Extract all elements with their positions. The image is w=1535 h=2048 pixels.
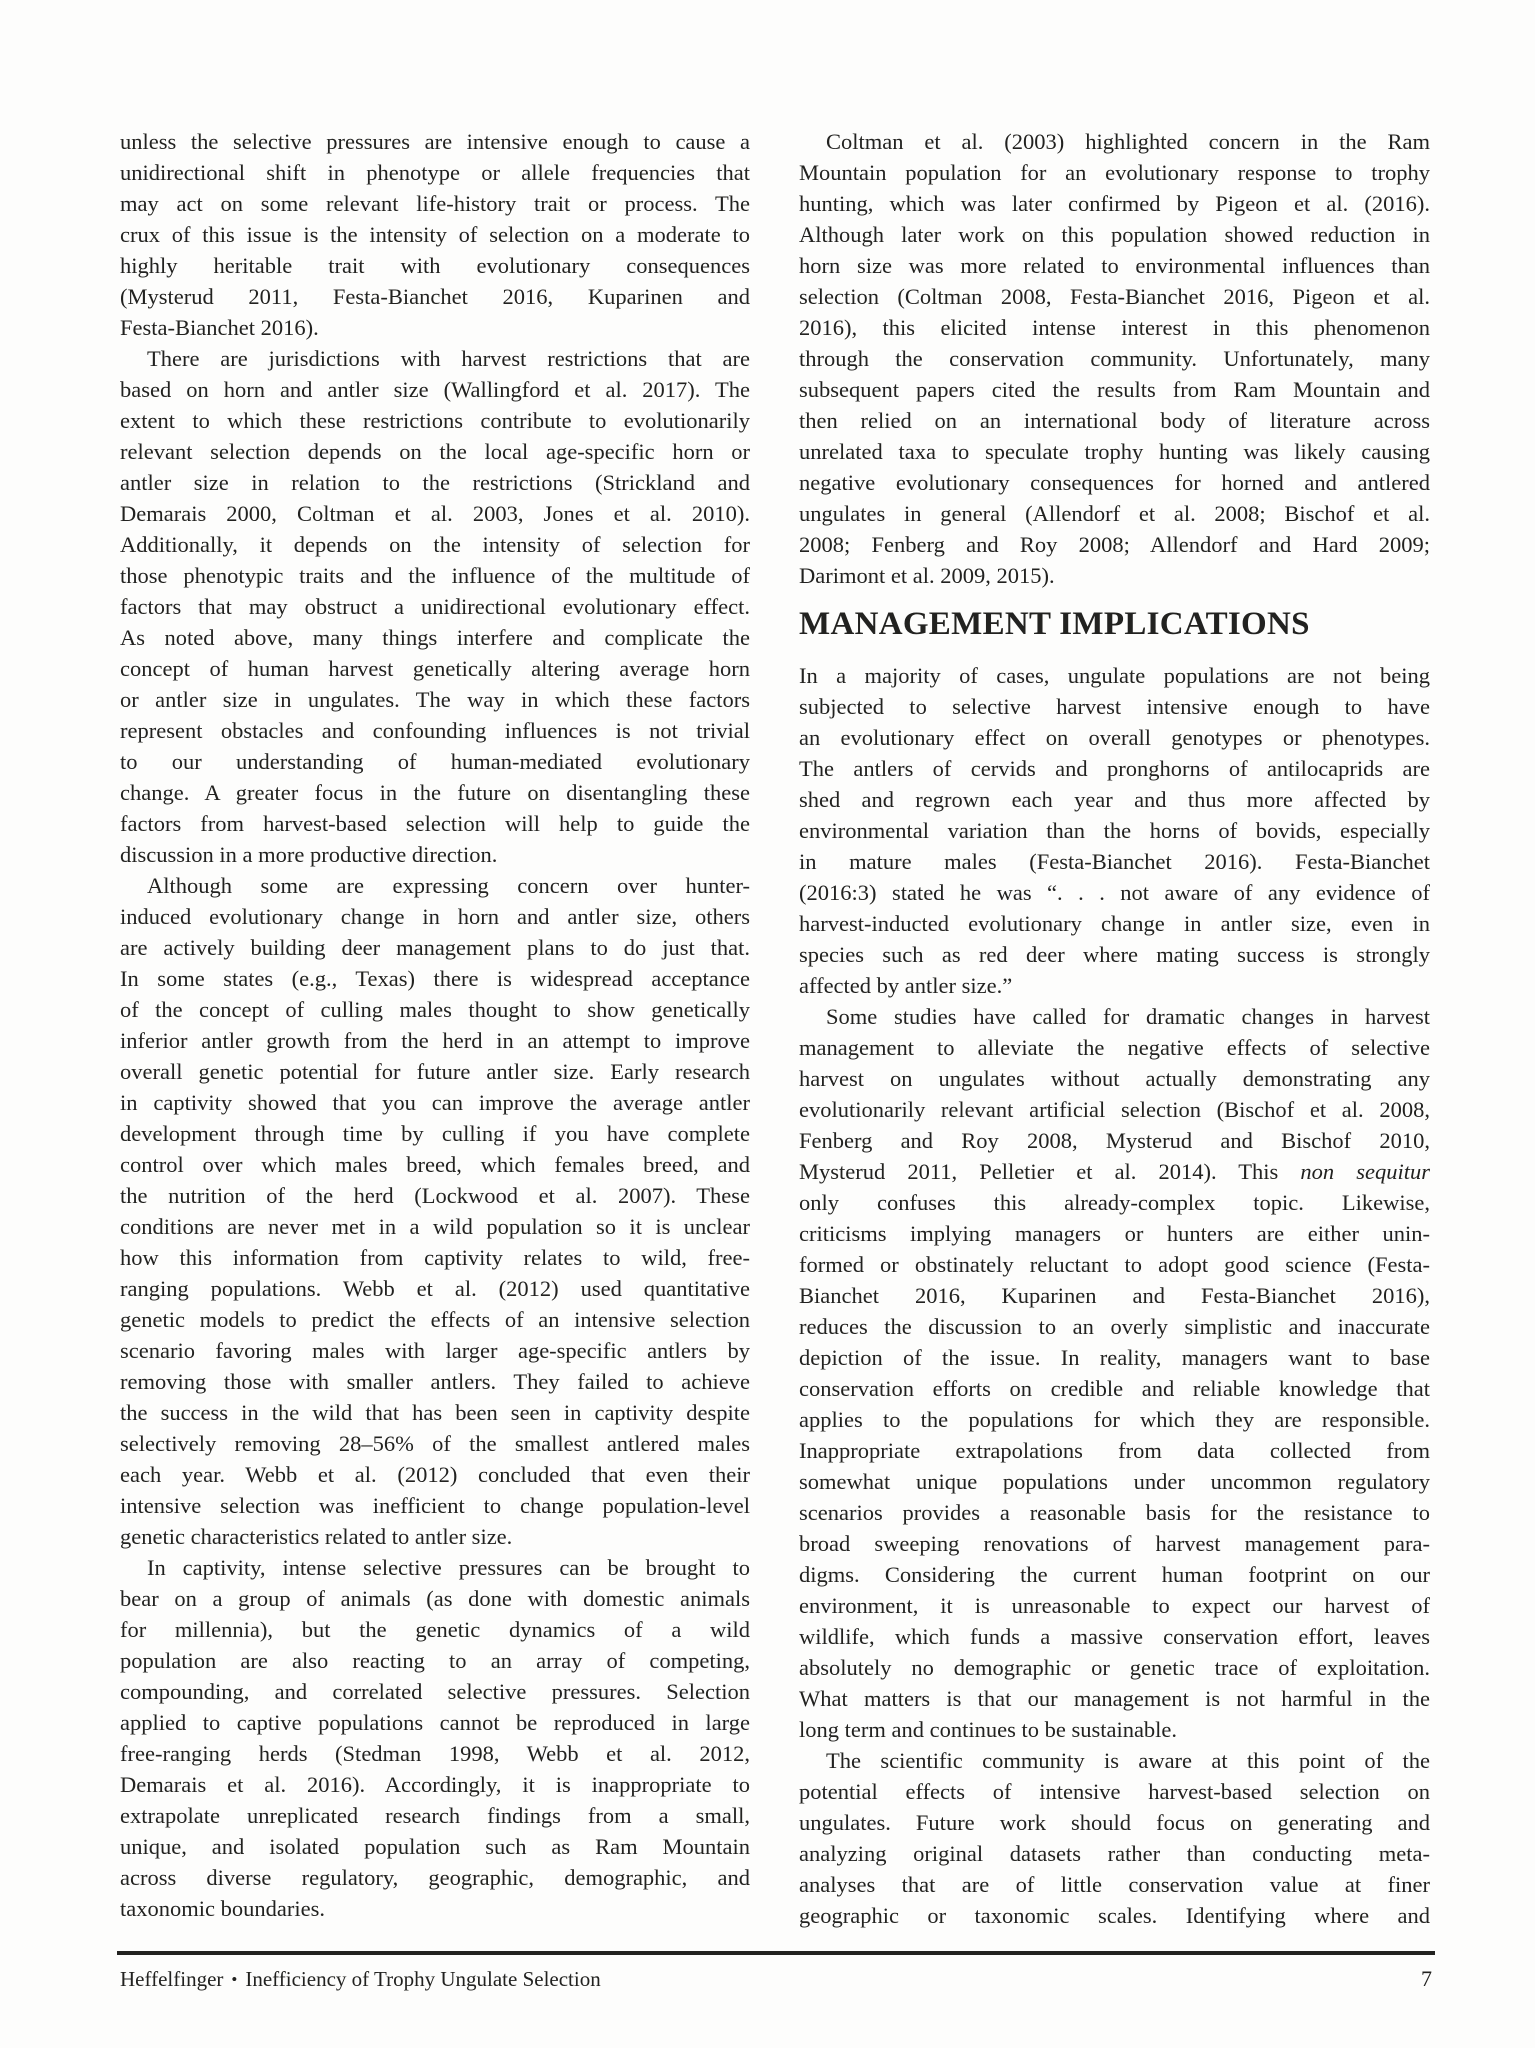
text-line: depiction of the issue. In reality, mana…: [799, 1342, 1430, 1373]
text-line: unique, and isolated population such as …: [120, 1831, 750, 1862]
text-line: in mature males (Festa-Bianchet 2016). F…: [799, 846, 1430, 877]
text-line: in captivity showed that you can improve…: [120, 1087, 750, 1118]
text-line: applied to captive populations cannot be…: [120, 1707, 750, 1738]
paragraph: Some studies have called for dramatic ch…: [799, 1001, 1430, 1745]
text-line: induced evolutionary change in horn and …: [120, 901, 750, 932]
text-line: Additionally, it depends on the intensit…: [120, 529, 750, 560]
text-line: based on horn and antler size (Wallingfo…: [120, 374, 750, 405]
bullet-separator: •: [231, 1970, 237, 1989]
text-line: or antler size in ungulates. The way in …: [120, 684, 750, 715]
text-line: ranging populations. Webb et al. (2012) …: [120, 1273, 750, 1304]
text-line: change. A greater focus in the future on…: [120, 777, 750, 808]
text-line: analyzing original datasets rather than …: [799, 1838, 1430, 1869]
text-line: control over which males breed, which fe…: [120, 1149, 750, 1180]
text-line: What matters is that our management is n…: [799, 1683, 1430, 1714]
footer-author: Heffelfinger: [120, 1967, 223, 1991]
text-line: 2016), this elicited intense interest in…: [799, 312, 1430, 343]
text-line: somewhat unique populations under uncomm…: [799, 1466, 1430, 1497]
text-line: geographic or taxonomic scales. Identify…: [799, 1900, 1430, 1931]
text-line: Although later work on this population s…: [799, 219, 1430, 250]
text-line: reduces the discussion to an overly simp…: [799, 1311, 1430, 1342]
text-line: negative evolutionary consequences for h…: [799, 467, 1430, 498]
text-line: broad sweeping renovations of harvest ma…: [799, 1528, 1430, 1559]
text-line: wildlife, which funds a massive conserva…: [799, 1621, 1430, 1652]
text-line: factors from harvest-based selection wil…: [120, 808, 750, 839]
text-line: unidirectional shift in phenotype or all…: [120, 157, 750, 188]
text-line: then relied on an international body of …: [799, 405, 1430, 436]
text-line: analyses that are of little conservation…: [799, 1869, 1430, 1900]
text-line: factors that may obstruct a unidirection…: [120, 591, 750, 622]
text-line: for millennia), but the genetic dynamics…: [120, 1614, 750, 1645]
text-line: The scientific community is aware at thi…: [799, 1745, 1430, 1776]
text-line: ungulates in general (Allendorf et al. 2…: [799, 498, 1430, 529]
text-line: In some states (e.g., Texas) there is wi…: [120, 963, 750, 994]
text-line: extent to which these restrictions contr…: [120, 405, 750, 436]
page-number: 7: [1421, 1964, 1432, 1994]
text-line: concept of human harvest genetically alt…: [120, 653, 750, 684]
text-line: genetic characteristics related to antle…: [120, 1521, 750, 1552]
left-column: unless the selective pressures are inten…: [120, 126, 750, 1924]
paragraph: In captivity, intense selective pressure…: [120, 1552, 750, 1924]
text-line: Darimont et al. 2009, 2015).: [799, 560, 1430, 591]
text-segment: Mysterud 2011, Pelletier et al. 2014). T…: [799, 1159, 1300, 1184]
text-line: represent obstacles and confounding infl…: [120, 715, 750, 746]
text-line: formed or obstinately reluctant to adopt…: [799, 1249, 1430, 1280]
text-line: removing those with smaller antlers. The…: [120, 1366, 750, 1397]
text-line: selection (Coltman 2008, Festa-Bianchet …: [799, 281, 1430, 312]
text-line: affected by antler size.”: [799, 970, 1430, 1001]
text-line: extrapolate unreplicated research findin…: [120, 1800, 750, 1831]
text-line: inferior antler growth from the herd in …: [120, 1025, 750, 1056]
footer-rule: [117, 1951, 1435, 1955]
text-line: scenarios provides a reasonable basis fo…: [799, 1497, 1430, 1528]
text-line: In a majority of cases, ungulate populat…: [799, 660, 1430, 691]
text-line: development through time by culling if y…: [120, 1118, 750, 1149]
text-line: across diverse regulatory, geographic, d…: [120, 1862, 750, 1893]
text-line: environmental variation than the horns o…: [799, 815, 1430, 846]
text-line: crux of this issue is the intensity of s…: [120, 219, 750, 250]
text-line: evolutionarily relevant artificial selec…: [799, 1094, 1430, 1125]
text-line: may act on some relevant life-history tr…: [120, 188, 750, 219]
text-line: Festa-Bianchet 2016).: [120, 312, 750, 343]
italic-phrase: non sequitur: [1300, 1159, 1430, 1184]
text-line: relevant selection depends on the local …: [120, 436, 750, 467]
text-line: long term and continues to be sustainabl…: [799, 1714, 1430, 1745]
paragraph: Although some are expressing concern ove…: [120, 870, 750, 1552]
text-line: unless the selective pressures are inten…: [120, 126, 750, 157]
text-line: an evolutionary effect on overall genoty…: [799, 722, 1430, 753]
text-line: harvest-inducted evolutionary change in …: [799, 908, 1430, 939]
text-line: through the conservation community. Unfo…: [799, 343, 1430, 374]
text-line: (Mysterud 2011, Festa-Bianchet 2016, Kup…: [120, 281, 750, 312]
text-line: shed and regrown each year and thus more…: [799, 784, 1430, 815]
text-line: Inappropriate extrapolations from data c…: [799, 1435, 1430, 1466]
text-line: intensive selection was inefficient to c…: [120, 1490, 750, 1521]
text-line: free-ranging herds (Stedman 1998, Webb e…: [120, 1738, 750, 1769]
section-heading: MANAGEMENT IMPLICATIONS: [799, 603, 1430, 645]
text-line: discussion in a more productive directio…: [120, 839, 750, 870]
text-line: There are jurisdictions with harvest res…: [120, 343, 750, 374]
text-line: the success in the wild that has been se…: [120, 1397, 750, 1428]
text-line: environment, it is unreasonable to expec…: [799, 1590, 1430, 1621]
journal-page: unless the selective pressures are inten…: [0, 0, 1535, 2048]
paragraph: In a majority of cases, ungulate populat…: [799, 660, 1430, 1001]
text-line: scenario favoring males with larger age-…: [120, 1335, 750, 1366]
page-footer: Heffelfinger•Inefficiency of Trophy Ungu…: [120, 1964, 1432, 1995]
text-line: the nutrition of the herd (Lockwood et a…: [120, 1180, 750, 1211]
text-line: potential effects of intensive harvest-b…: [799, 1776, 1430, 1807]
text-line: Mountain population for an evolutionary …: [799, 157, 1430, 188]
text-line: Mysterud 2011, Pelletier et al. 2014). T…: [799, 1156, 1430, 1187]
right-column: Coltman et al. (2003) highlighted concer…: [799, 126, 1430, 1931]
text-line: (2016:3) stated he was “. . . not aware …: [799, 877, 1430, 908]
text-line: each year. Webb et al. (2012) concluded …: [120, 1459, 750, 1490]
text-line: only confuses this already-complex topic…: [799, 1187, 1430, 1218]
text-line: those phenotypic traits and the influenc…: [120, 560, 750, 591]
text-line: horn size was more related to environmen…: [799, 250, 1430, 281]
text-line: absolutely no demographic or genetic tra…: [799, 1652, 1430, 1683]
text-line: criticisms implying managers or hunters …: [799, 1218, 1430, 1249]
text-line: applies to the populations for which the…: [799, 1404, 1430, 1435]
text-line: species such as red deer where mating su…: [799, 939, 1430, 970]
text-line: taxonomic boundaries.: [120, 1893, 750, 1924]
text-line: ungulates. Future work should focus on g…: [799, 1807, 1430, 1838]
text-line: population are also reacting to an array…: [120, 1645, 750, 1676]
text-line: The antlers of cervids and pronghorns of…: [799, 753, 1430, 784]
paragraph: Coltman et al. (2003) highlighted concer…: [799, 126, 1430, 591]
text-line: are actively building deer management pl…: [120, 932, 750, 963]
text-line: how this information from captivity rela…: [120, 1242, 750, 1273]
text-line: Although some are expressing concern ove…: [120, 870, 750, 901]
text-line: 2008; Fenberg and Roy 2008; Allendorf an…: [799, 529, 1430, 560]
text-line: unrelated taxa to speculate trophy hunti…: [799, 436, 1430, 467]
text-line: to our understanding of human-mediated e…: [120, 746, 750, 777]
text-line: subjected to selective harvest intensive…: [799, 691, 1430, 722]
footer-article-title: Inefficiency of Trophy Ungulate Selectio…: [245, 1967, 600, 1991]
running-header: Heffelfinger•Inefficiency of Trophy Ungu…: [120, 1964, 601, 1995]
text-line: management to alleviate the negative eff…: [799, 1032, 1430, 1063]
text-line: Coltman et al. (2003) highlighted concer…: [799, 126, 1430, 157]
text-line: conditions are never met in a wild popul…: [120, 1211, 750, 1242]
text-line: Some studies have called for dramatic ch…: [799, 1001, 1430, 1032]
text-line: antler size in relation to the restricti…: [120, 467, 750, 498]
text-line: genetic models to predict the effects of…: [120, 1304, 750, 1335]
text-line: conservation efforts on credible and rel…: [799, 1373, 1430, 1404]
text-line: compounding, and correlated selective pr…: [120, 1676, 750, 1707]
text-line: As noted above, many things interfere an…: [120, 622, 750, 653]
paragraph: There are jurisdictions with harvest res…: [120, 343, 750, 870]
text-line: bear on a group of animals (as done with…: [120, 1583, 750, 1614]
text-line: In captivity, intense selective pressure…: [120, 1552, 750, 1583]
text-line: Demarais et al. 2016). Accordingly, it i…: [120, 1769, 750, 1800]
paragraph: The scientific community is aware at thi…: [799, 1745, 1430, 1931]
text-line: selectively removing 28–56% of the small…: [120, 1428, 750, 1459]
text-line: highly heritable trait with evolutionary…: [120, 250, 750, 281]
text-line: Bianchet 2016, Kuparinen and Festa-Bianc…: [799, 1280, 1430, 1311]
text-line: subsequent papers cited the results from…: [799, 374, 1430, 405]
text-line: harvest on ungulates without actually de…: [799, 1063, 1430, 1094]
text-line: overall genetic potential for future ant…: [120, 1056, 750, 1087]
paragraph: unless the selective pressures are inten…: [120, 126, 750, 343]
text-line: hunting, which was later confirmed by Pi…: [799, 188, 1430, 219]
text-line: Fenberg and Roy 2008, Mysterud and Bisch…: [799, 1125, 1430, 1156]
text-line: of the concept of culling males thought …: [120, 994, 750, 1025]
text-line: Demarais 2000, Coltman et al. 2003, Jone…: [120, 498, 750, 529]
text-line: digms. Considering the current human foo…: [799, 1559, 1430, 1590]
